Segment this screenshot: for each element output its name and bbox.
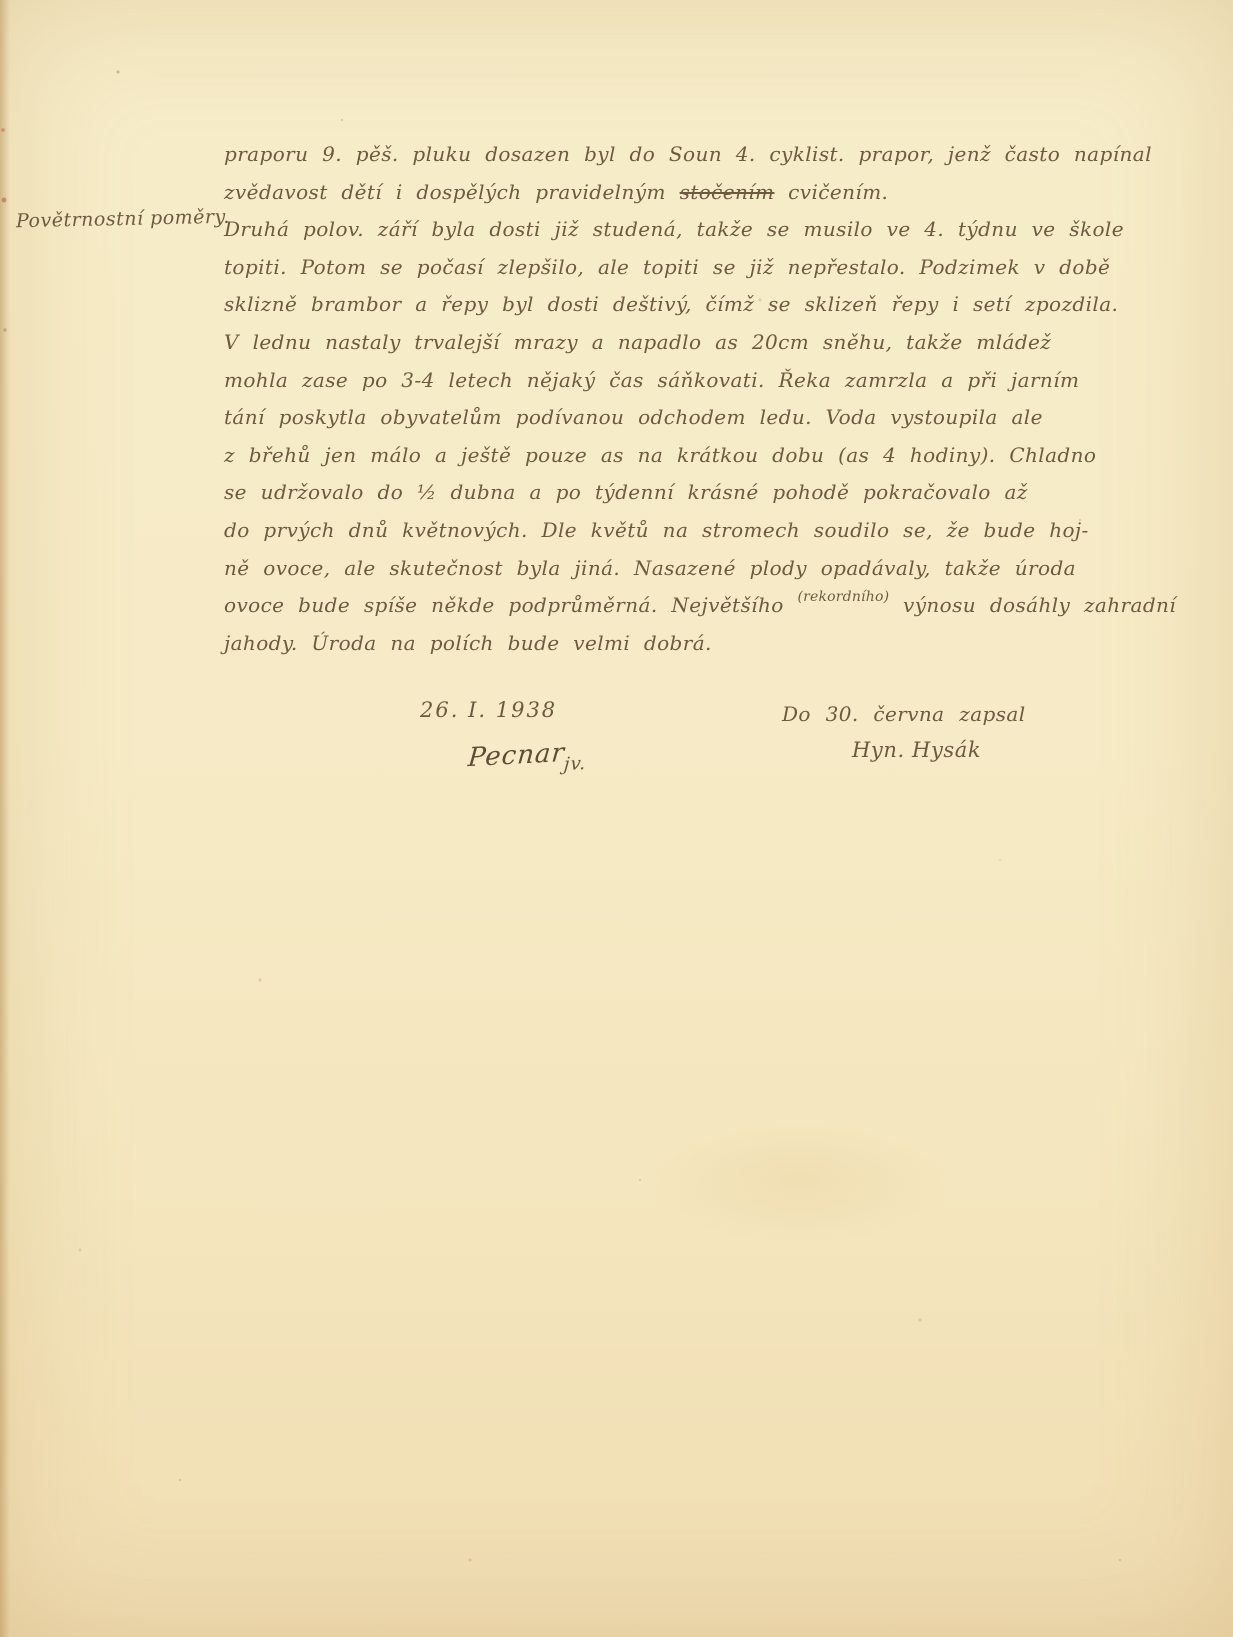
text-segment: Druhá polov. září byla dosti již studená… (224, 217, 1124, 241)
text-segment: ovoce bude spíše někde podprůměrná. Nejv… (224, 593, 797, 617)
document-page: Povětrnostní poměry. praporu 9. pěš. plu… (0, 0, 1233, 1637)
text-segment: jahody. Úroda na polích bude velmi dobrá… (224, 631, 712, 655)
closing-note: Do 30. června zapsal (782, 702, 1026, 726)
handwritten-line: mohla zase po 3-4 letech nějaký čas sáňk… (224, 362, 1114, 400)
handwritten-line: tání poskytla obyvatelům podívanou odcho… (224, 399, 1114, 437)
text-segment: tání poskytla obyvatelům podívanou odcho… (224, 405, 1043, 429)
handwritten-line: z břehů jen málo a ještě pouze as na krá… (224, 437, 1114, 475)
handwritten-line: ně ovoce, ale skutečnost byla jiná. Nasa… (224, 550, 1114, 588)
text-segment: ně ovoce, ale skutečnost byla jiná. Nasa… (224, 556, 1076, 580)
text-segment: V lednu nastaly trvalejší mrazy a napadl… (224, 330, 1051, 354)
body-text: praporu 9. pěš. pluku dosazen byl do Sou… (224, 136, 1114, 662)
superscript-insertion: (rekordního) (797, 579, 889, 617)
handwritten-line: zvědavost dětí i dospělých pravidelným s… (224, 174, 1114, 212)
text-segment: praporu 9. pěš. pluku dosazen byl do Sou… (224, 142, 1152, 166)
handwritten-line: V lednu nastaly trvalejší mrazy a napadl… (224, 324, 1114, 362)
text-segment: mohla zase po 3-4 letech nějaký čas sáňk… (224, 368, 1079, 392)
text-segment: do prvých dnů květnových. Dle květů na s… (224, 518, 1089, 542)
text-segment: z břehů jen málo a ještě pouze as na krá… (224, 443, 1096, 467)
margin-note: Povětrnostní poměry. (16, 206, 230, 232)
text-segment: zvědavost dětí i dospělých pravidelným (224, 180, 680, 204)
handwritten-line: ovoce bude spíše někde podprůměrná. Nejv… (224, 587, 1114, 625)
text-segment: se udržovalo do ½ dubna a po týdenní krá… (224, 480, 1028, 504)
handwritten-line: do prvých dnů květnových. Dle květů na s… (224, 512, 1114, 550)
handwritten-line: Druhá polov. září byla dosti již studená… (224, 211, 1114, 249)
handwritten-line: jahody. Úroda na polích bude velmi dobrá… (224, 625, 1114, 663)
text-segment: sklizně brambor a řepy byl dosti deštivý… (224, 292, 1118, 316)
signature-name: Pecnar (467, 738, 566, 773)
text-segment: výnosu dosáhly zahradní (889, 593, 1176, 617)
handwritten-line: praporu 9. pěš. pluku dosazen byl do Sou… (224, 136, 1114, 174)
closing-signature: Hyn. Hysák (852, 738, 981, 762)
handwritten-line: topiti. Potom se počasí zlepšilo, ale to… (224, 249, 1114, 287)
chronicler-signature: Pecnarjv. (467, 737, 589, 773)
signature-flourish: jv. (563, 753, 587, 775)
text-segment: cvičením. (774, 180, 888, 204)
entry-date: 26. I. 1938 (420, 698, 557, 722)
text-segment: topiti. Potom se počasí zlepšilo, ale to… (224, 255, 1110, 279)
handwritten-line: sklizně brambor a řepy byl dosti deštivý… (224, 286, 1114, 324)
handwritten-line: se udržovalo do ½ dubna a po týdenní krá… (224, 474, 1114, 512)
struck-word: stočením (680, 180, 775, 204)
